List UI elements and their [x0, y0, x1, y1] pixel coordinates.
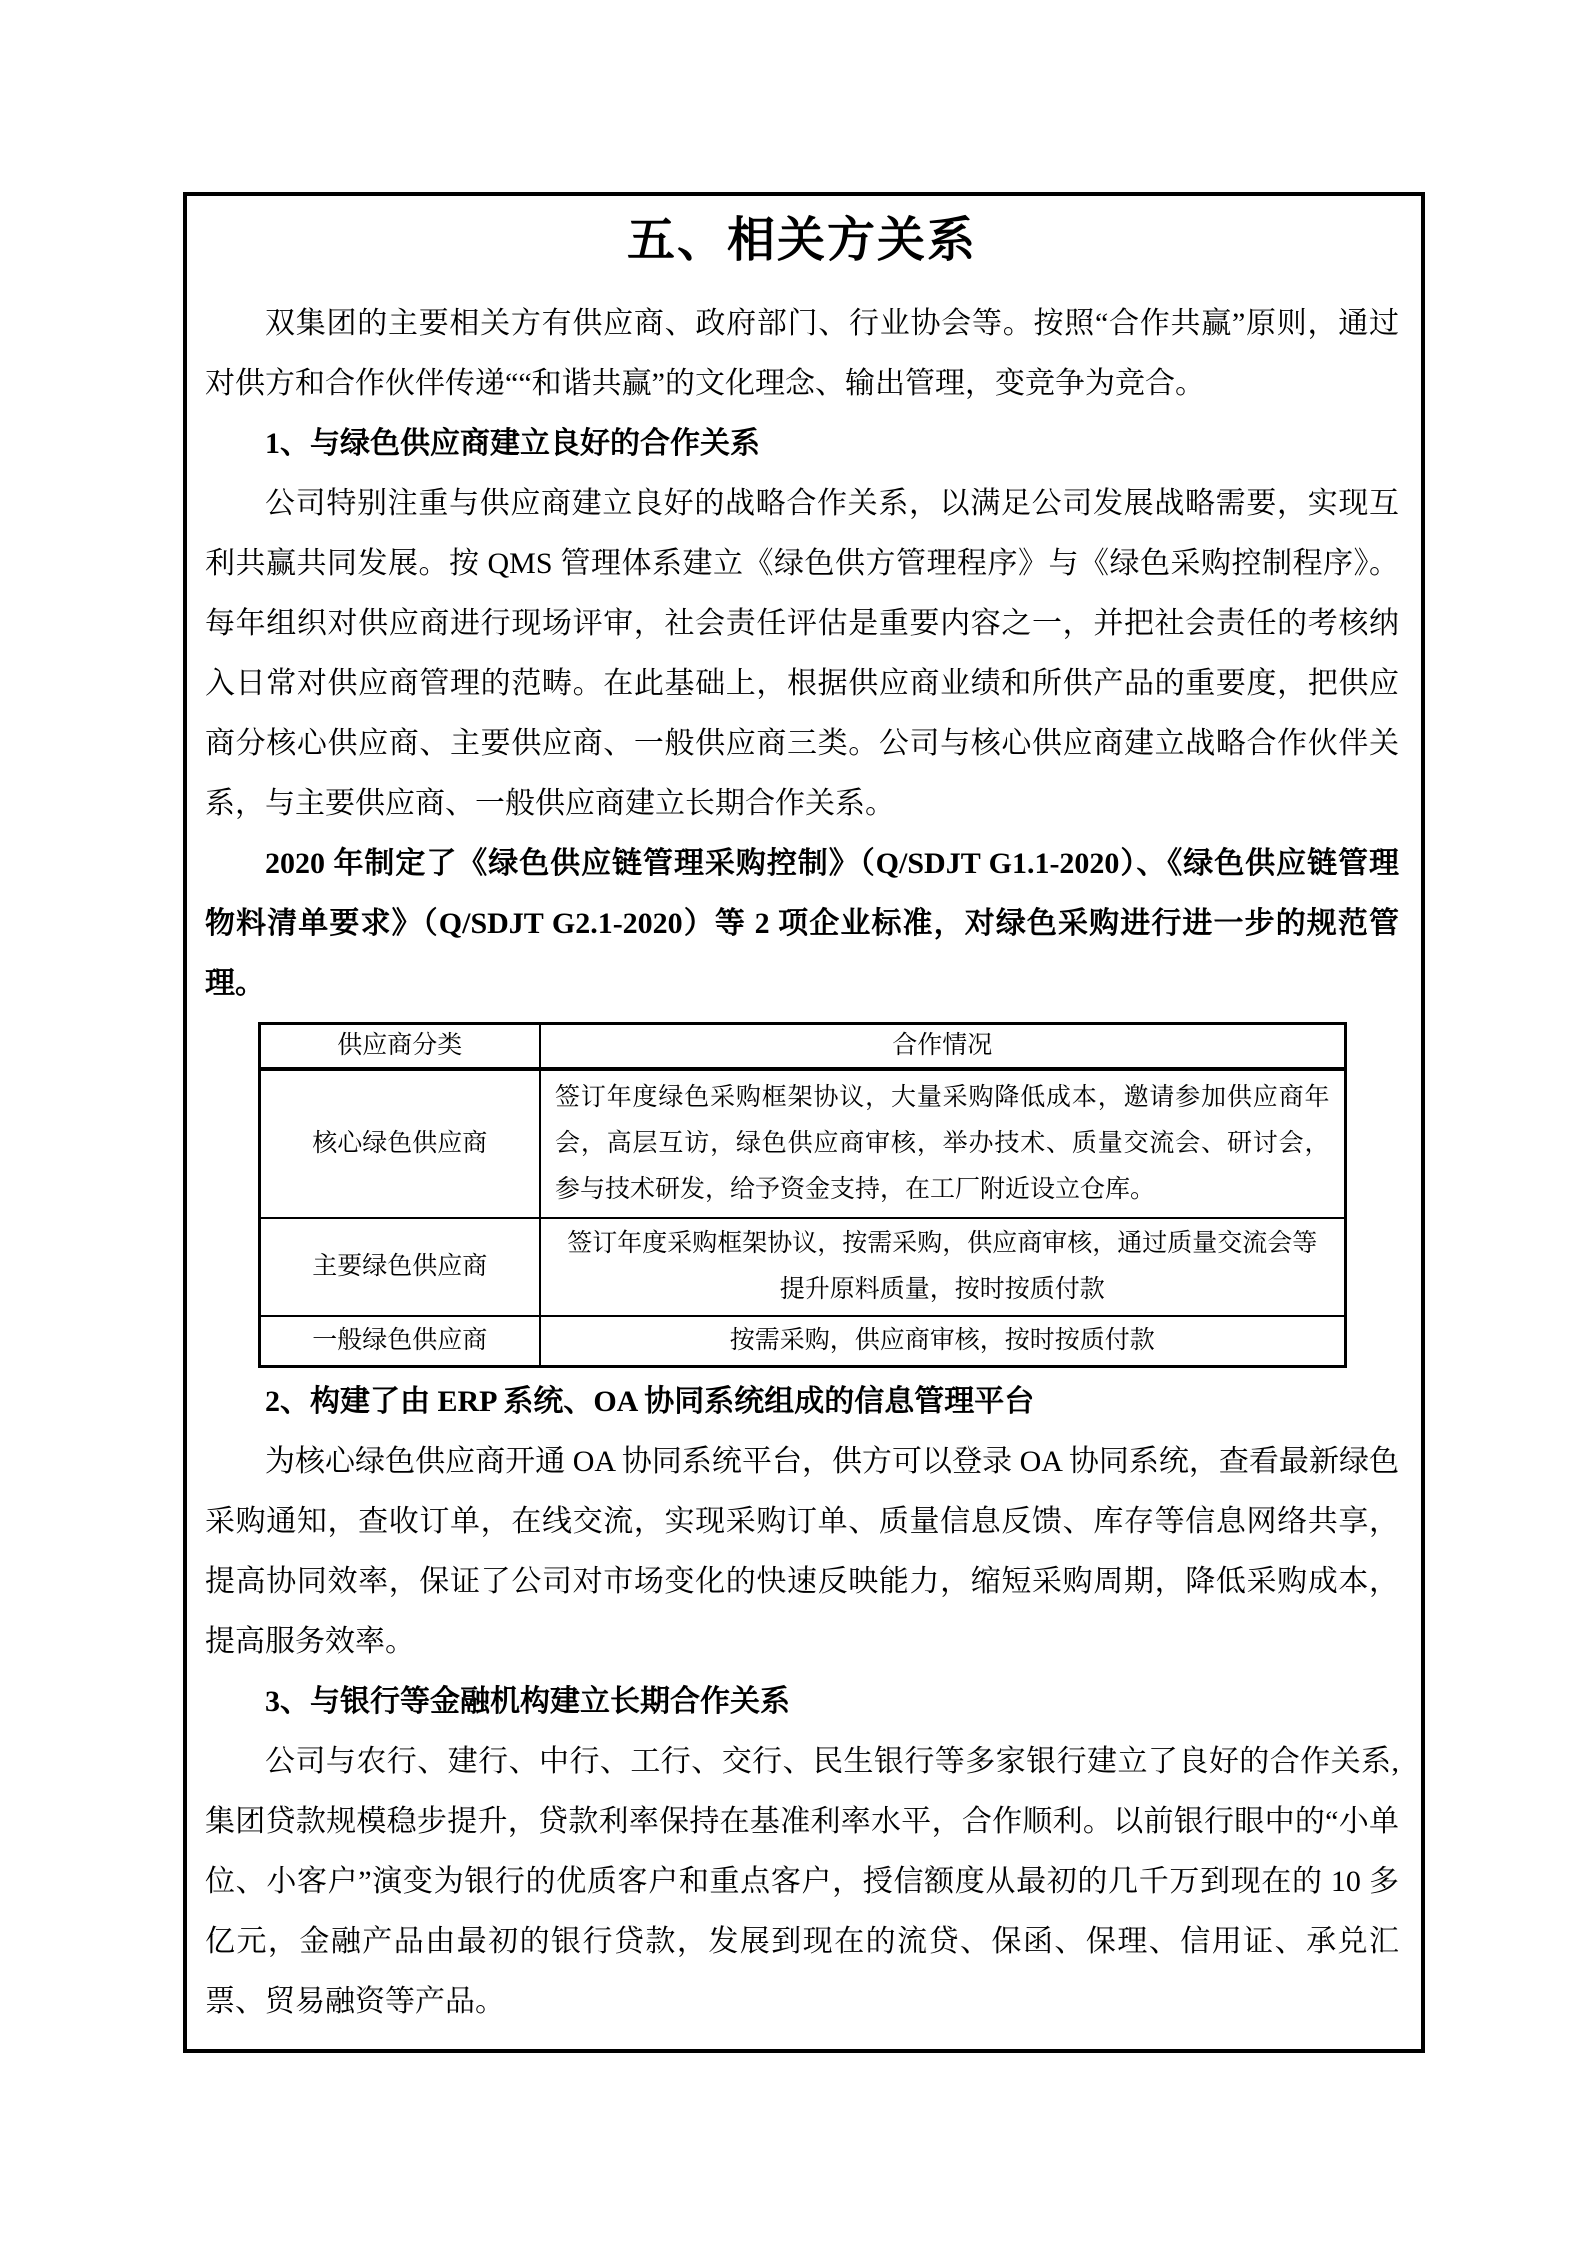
- cell-core-supplier-category: 核心绿色供应商: [259, 1069, 540, 1218]
- table-row-main-supplier: 主要绿色供应商 签订年度采购框架协议，按需采购，供应商审核，通过质量交流会等提升…: [259, 1218, 1345, 1316]
- cell-general-supplier-detail: 按需采购，供应商审核，按时按质付款: [540, 1316, 1345, 1367]
- heading-green-suppliers: 1、与绿色供应商建立良好的合作关系: [205, 414, 1399, 474]
- table-header-row: 供应商分类 合作情况: [259, 1024, 1345, 1070]
- paragraph-oa-platform: 为核心绿色供应商开通 OA 协同系统平台，供方可以登录 OA 协同系统，查看最新…: [205, 1432, 1399, 1672]
- page-title: 五、相关方关系: [205, 196, 1399, 294]
- cell-main-supplier-category: 主要绿色供应商: [259, 1218, 540, 1316]
- cell-core-supplier-detail: 签订年度绿色采购框架协议，大量采购降低成本，邀请参加供应商年会，高层互访，绿色供…: [540, 1069, 1345, 1218]
- table-row-general-supplier: 一般绿色供应商 按需采购，供应商审核，按时按质付款: [259, 1316, 1345, 1367]
- intro-paragraph: 双集团的主要相关方有供应商、政府部门、行业协会等。按照“合作共赢”原则，通过对供…: [205, 294, 1399, 414]
- paragraph-bank-cooperation: 公司与农行、建行、中行、工行、交行、民生银行等多家银行建立了良好的合作关系,集团…: [205, 1732, 1399, 2032]
- table-header-cooperation-status: 合作情况: [540, 1024, 1345, 1070]
- table-row-core-supplier: 核心绿色供应商 签订年度绿色采购框架协议，大量采购降低成本，邀请参加供应商年会，…: [259, 1069, 1345, 1218]
- paragraph-supplier-strategy: 公司特别注重与供应商建立良好的战略合作关系，以满足公司发展战略需要，实现互利共赢…: [205, 474, 1399, 834]
- document-border-box: 五、相关方关系 双集团的主要相关方有供应商、政府部门、行业协会等。按照“合作共赢…: [183, 192, 1425, 2053]
- supplier-cooperation-table: 供应商分类 合作情况 核心绿色供应商 签订年度绿色采购框架协议，大量采购降低成本…: [258, 1022, 1347, 1368]
- cell-main-supplier-detail: 签订年度采购框架协议，按需采购，供应商审核，通过质量交流会等提升原料质量，按时按…: [540, 1218, 1345, 1316]
- document-body: 五、相关方关系 双集团的主要相关方有供应商、政府部门、行业协会等。按照“合作共赢…: [187, 196, 1421, 2032]
- paragraph-2020-standards: 2020 年制定了《绿色供应链管理采购控制》（Q/SDJT G1.1-2020）…: [205, 834, 1399, 1014]
- cell-general-supplier-category: 一般绿色供应商: [259, 1316, 540, 1367]
- heading-bank-cooperation: 3、与银行等金融机构建立长期合作关系: [205, 1672, 1399, 1732]
- table-header-supplier-category: 供应商分类: [259, 1024, 540, 1070]
- heading-erp-oa-platform: 2、构建了由 ERP 系统、OA 协同系统组成的信息管理平台: [205, 1372, 1399, 1432]
